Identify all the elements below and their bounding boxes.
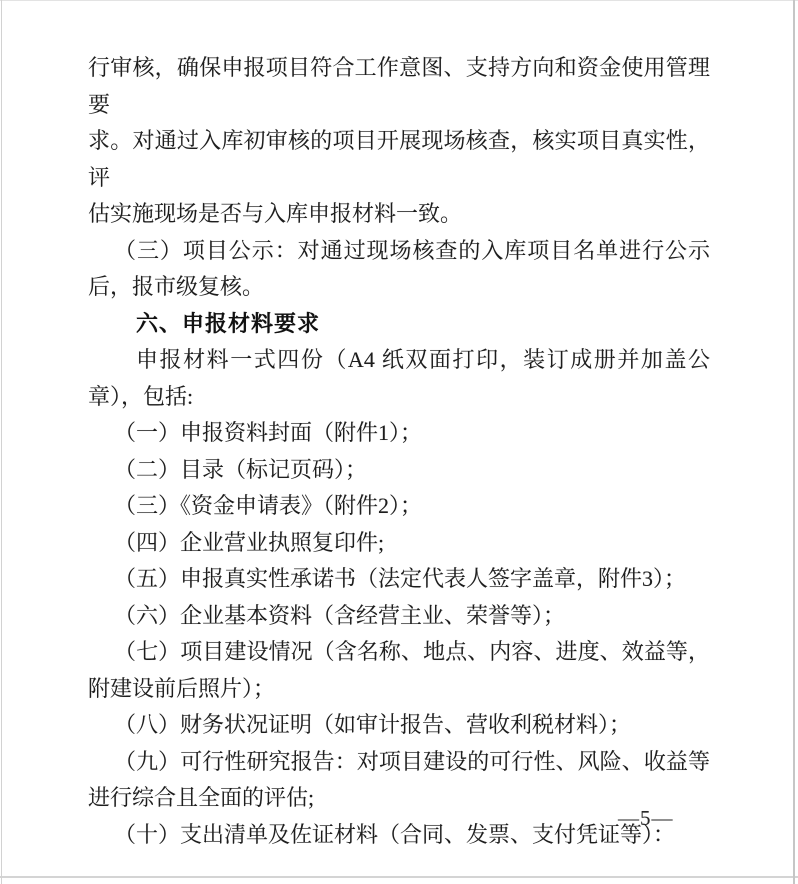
scan-border-left xyxy=(1,0,2,884)
scanned-document-page: { "document": { "lines": [ { "text": "行审… xyxy=(0,0,798,884)
document-line: 六、申报材料要求 xyxy=(88,306,710,343)
document-line: （一）申报资料封面（附件1）； xyxy=(88,415,710,452)
document-line: （五）申报真实性承诺书（法定代表人签字盖章，附件3）； xyxy=(88,561,710,598)
document-line: （三）《资金申请表》（附件2）； xyxy=(88,488,710,525)
document-line: 附建设前后照片）； xyxy=(88,671,710,708)
document-line: 行审核，确保申报项目符合工作意图、支持方向和资金使用管理要 xyxy=(88,50,710,123)
document-line: （三）项目公示：对通过现场核查的入库项目名单进行公示 xyxy=(88,233,710,270)
scan-border-right xyxy=(793,0,795,884)
scan-border-bottom xyxy=(0,876,798,878)
document-line: （九）可行性研究报告：对项目建设的可行性、风险、收益等 xyxy=(88,744,710,781)
document-line: （四）企业营业执照复印件; xyxy=(88,525,710,562)
document-line: （八）财务状况证明（如审计报告、营收利税材料）； xyxy=(88,707,710,744)
document-line: 进行综合且全面的评估; xyxy=(88,780,710,817)
scan-border-top xyxy=(0,0,798,1)
page-number: —5— xyxy=(618,806,674,831)
document-line: 求。对通过入库初审核的项目开展现场核查，核实项目真实性，评 xyxy=(88,123,710,196)
document-line: （六）企业基本资料（含经营主业、荣誉等）； xyxy=(88,598,710,635)
document-line: 章），包括: xyxy=(88,379,710,416)
document-line: （十）支出清单及佐证材料（合同、发票、支付凭证等）： xyxy=(88,817,710,854)
document-line: 后，报市级复核。 xyxy=(88,269,710,306)
document-line: 估实施现场是否与入库申报材料一致。 xyxy=(88,196,710,233)
document-line: 申报材料一式四份（A4 纸双面打印，装订成册并加盖公 xyxy=(88,342,710,379)
document-line: （七）项目建设情况（含名称、地点、内容、进度、效益等， xyxy=(88,634,710,671)
document-line: （二）目录（标记页码）； xyxy=(88,452,710,489)
text-block: 行审核，确保申报项目符合工作意图、支持方向和资金使用管理要求。对通过入库初审核的… xyxy=(88,50,710,853)
